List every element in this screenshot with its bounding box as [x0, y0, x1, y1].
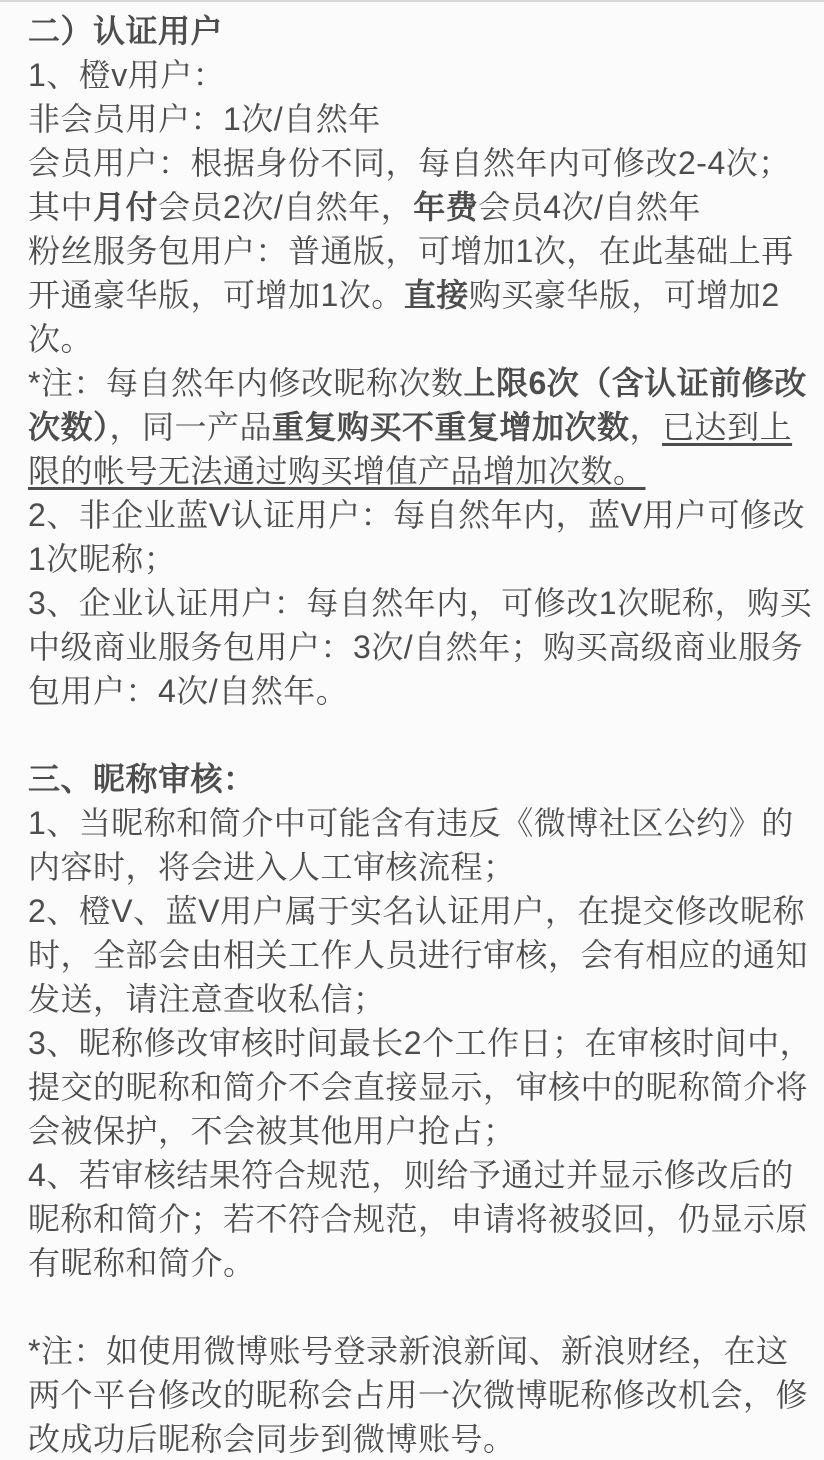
text-segment: 包用户：4次/自然年。 [28, 673, 348, 709]
text-segment: 会员4次/自然年 [478, 189, 701, 225]
text-segment: 次数） [28, 409, 110, 445]
text-line: 次。 [28, 317, 796, 361]
text-line: 中级商业服务包用户：3次/自然年；购买高级商业服务 [28, 625, 796, 669]
text-segment: 4、若审核结果符合规范，则给予通过并显示修改后的 [28, 1157, 794, 1193]
text-segment: 会员用户：根据身份不同，每自然年内可修改2-4次； [28, 145, 791, 181]
text-line: 包用户：4次/自然年。 [28, 669, 796, 713]
text-line: 开通豪华版，可增加1次。直接购买豪华版，可增加2 [28, 273, 796, 317]
text-segment: 提交的昵称和简介不会直接显示，审核中的昵称简介将 [28, 1069, 808, 1105]
text-line: 会被保护，不会被其他用户抢占； [28, 1109, 796, 1153]
text-segment: 发送，请注意查收私信； [28, 981, 386, 1017]
text-segment: 直接 [404, 277, 469, 313]
text-line: *注：如使用微博账号登录新浪新闻、新浪财经，在这 [28, 1329, 796, 1373]
text-segment: 二）认证用户 [28, 13, 223, 49]
text-line: 1次昵称； [28, 537, 796, 581]
text-segment: *注：每自然年内修改昵称次数 [28, 365, 463, 401]
text-segment: 内容时，将会进入人工审核流程； [28, 849, 516, 885]
text-line: 内容时，将会进入人工审核流程； [28, 845, 796, 889]
text-segment: 1次昵称； [28, 541, 176, 577]
text-segment: 1、橙v用户： [28, 57, 225, 93]
text-segment: 2、橙V、蓝V用户属于实名认证用户，在提交修改昵称 [28, 893, 805, 929]
text-line: 有昵称和简介。 [28, 1241, 796, 1285]
text-segment: 三、昵称审核： [28, 761, 256, 797]
text-segment: 非会员用户：1次/自然年 [28, 101, 381, 137]
text-line: 其中月付会员2次/自然年，年费会员4次/自然年 [28, 185, 796, 229]
text-line: 会员用户：根据身份不同，每自然年内可修改2-4次； [28, 141, 796, 185]
text-line: 时，全部会由相关工作人员进行审核，会有相应的通知 [28, 933, 796, 977]
text-line: 4、若审核结果符合规范，则给予通过并显示修改后的 [28, 1153, 796, 1197]
text-line: 提交的昵称和简介不会直接显示，审核中的昵称简介将 [28, 1065, 796, 1109]
text-segment: 3、企业认证用户：每自然年内，可修改1次昵称，购买 [28, 585, 812, 621]
document-body: 二）认证用户1、橙v用户：非会员用户：1次/自然年会员用户：根据身份不同，每自然… [0, 2, 824, 1460]
text-line: 2、橙V、蓝V用户属于实名认证用户，在提交修改昵称 [28, 889, 796, 933]
text-segment: 会员2次/自然年， [158, 189, 413, 225]
text-segment: 购买豪华版，可增加2 [469, 277, 780, 313]
text-segment: 会被保护，不会被其他用户抢占； [28, 1113, 516, 1149]
text-line: 3、昵称修改审核时间最长2个工作日；在审核时间中， [28, 1021, 796, 1065]
text-segment: 重复购买不重复增加次数 [272, 409, 630, 445]
text-segment: 限的帐号无法通过购买增值产品增加次数。 [28, 453, 646, 489]
text-line: 非会员用户：1次/自然年 [28, 97, 796, 141]
text-line: 改成功后昵称会同步到微博账号。 [28, 1417, 796, 1460]
text-segment: 月付 [93, 189, 158, 225]
text-segment: 3、昵称修改审核时间最长2个工作日；在审核时间中， [28, 1025, 812, 1061]
text-segment: 改成功后昵称会同步到微博账号。 [28, 1421, 516, 1457]
text-line: 昵称和简介；若不符合规范，申请将被驳回，仍显示原 [28, 1197, 796, 1241]
paragraph-gap [28, 713, 796, 757]
text-segment: 已达到上 [662, 409, 792, 445]
text-segment: ， [630, 409, 663, 445]
text-line: 2、非企业蓝V认证用户：每自然年内，蓝V用户可修改 [28, 493, 796, 537]
text-segment: 粉丝服务包用户：普通版，可增加1次，在此基础上再 [28, 233, 794, 269]
text-line: 发送，请注意查收私信； [28, 977, 796, 1021]
text-segment: 上限6次（含认证前修改 [463, 365, 806, 401]
text-segment: ，同一产品 [110, 409, 273, 445]
text-segment: 两个平台修改的昵称会占用一次微博昵称修改机会，修 [28, 1377, 808, 1413]
text-segment: 次。 [28, 321, 93, 357]
heading-section-3: 三、昵称审核： [28, 757, 796, 801]
text-line: *注：每自然年内修改昵称次数上限6次（含认证前修改 [28, 361, 796, 405]
text-line: 两个平台修改的昵称会占用一次微博昵称修改机会，修 [28, 1373, 796, 1417]
text-line: 1、当昵称和简介中可能含有违反《微博社区公约》的 [28, 801, 796, 845]
text-segment: 年费 [413, 189, 478, 225]
text-segment: 昵称和简介；若不符合规范，申请将被驳回，仍显示原 [28, 1201, 808, 1237]
text-segment: 其中 [28, 189, 93, 225]
text-line: 粉丝服务包用户：普通版，可增加1次，在此基础上再 [28, 229, 796, 273]
text-segment: 有昵称和简介。 [28, 1245, 256, 1281]
text-segment: *注：如使用微博账号登录新浪新闻、新浪财经，在这 [28, 1333, 788, 1369]
text-line: 1、橙v用户： [28, 53, 796, 97]
paragraph-gap [28, 1285, 796, 1329]
text-line: 次数），同一产品重复购买不重复增加次数，已达到上 [28, 405, 796, 449]
text-line: 3、企业认证用户：每自然年内，可修改1次昵称，购买 [28, 581, 796, 625]
text-line: 限的帐号无法通过购买增值产品增加次数。 [28, 449, 796, 493]
text-segment: 2、非企业蓝V认证用户：每自然年内，蓝V用户可修改 [28, 497, 805, 533]
text-segment: 开通豪华版，可增加1次。 [28, 277, 404, 313]
text-segment: 中级商业服务包用户：3次/自然年；购买高级商业服务 [28, 629, 803, 665]
heading-section-2: 二）认证用户 [28, 9, 796, 53]
text-segment: 时，全部会由相关工作人员进行审核，会有相应的通知 [28, 937, 808, 973]
text-segment: 1、当昵称和简介中可能含有违反《微博社区公约》的 [28, 805, 794, 841]
